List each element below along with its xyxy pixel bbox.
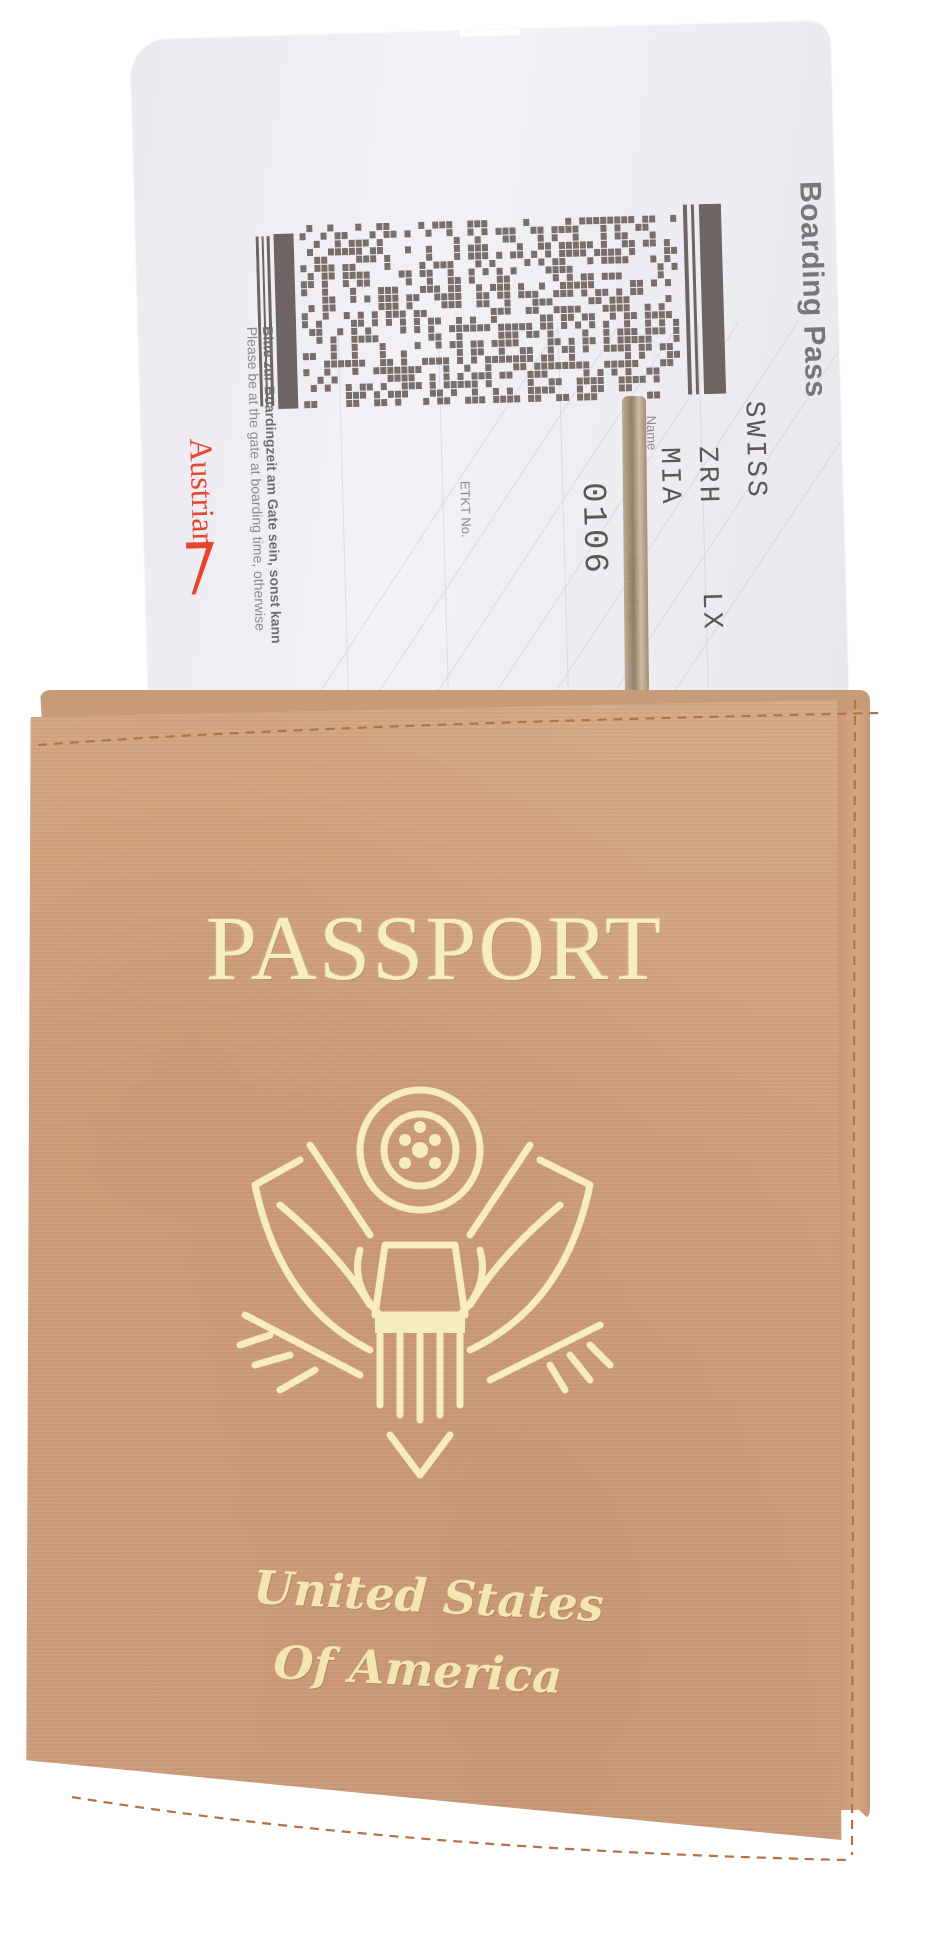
passport-title: PASSPORT: [0, 895, 929, 1001]
great-seal-eagle-icon: [220, 1045, 620, 1485]
